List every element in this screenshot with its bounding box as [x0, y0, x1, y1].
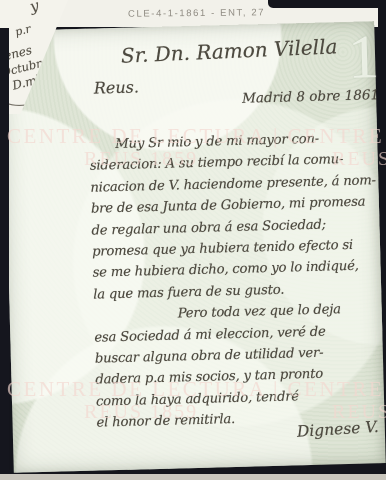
- letter-paper: 1 Sr. Dn. Ramon Vilella Reus. Madrid 8 o…: [2, 21, 385, 473]
- paper-engraved-numeral: 1: [347, 27, 380, 88]
- scanned-letter-view: CLE-4-1-1861 - ENT, 27 1 Sr. Dn. Ramon V…: [0, 0, 386, 480]
- letter-body: Muy Sr mio y de mi mayor con- sideracion…: [89, 127, 382, 434]
- dateline: Madrid 8 obre 1861: [242, 87, 379, 107]
- recipient-city: Reus.: [94, 77, 140, 97]
- archival-reference: CLE-4-1-1861 - ENT, 27: [128, 7, 265, 19]
- scan-border-top: [268, 0, 386, 8]
- margin-note-fragment: p.r: [14, 22, 32, 38]
- margin-note-fragment: y: [28, 0, 41, 16]
- closing-line: Dignese V.: [296, 418, 379, 441]
- scanner-bottom-margin: [0, 474, 386, 480]
- scan-border-left: [0, 28, 9, 470]
- recipient-name: Sr. Dn. Ramon Vilella: [120, 34, 337, 67]
